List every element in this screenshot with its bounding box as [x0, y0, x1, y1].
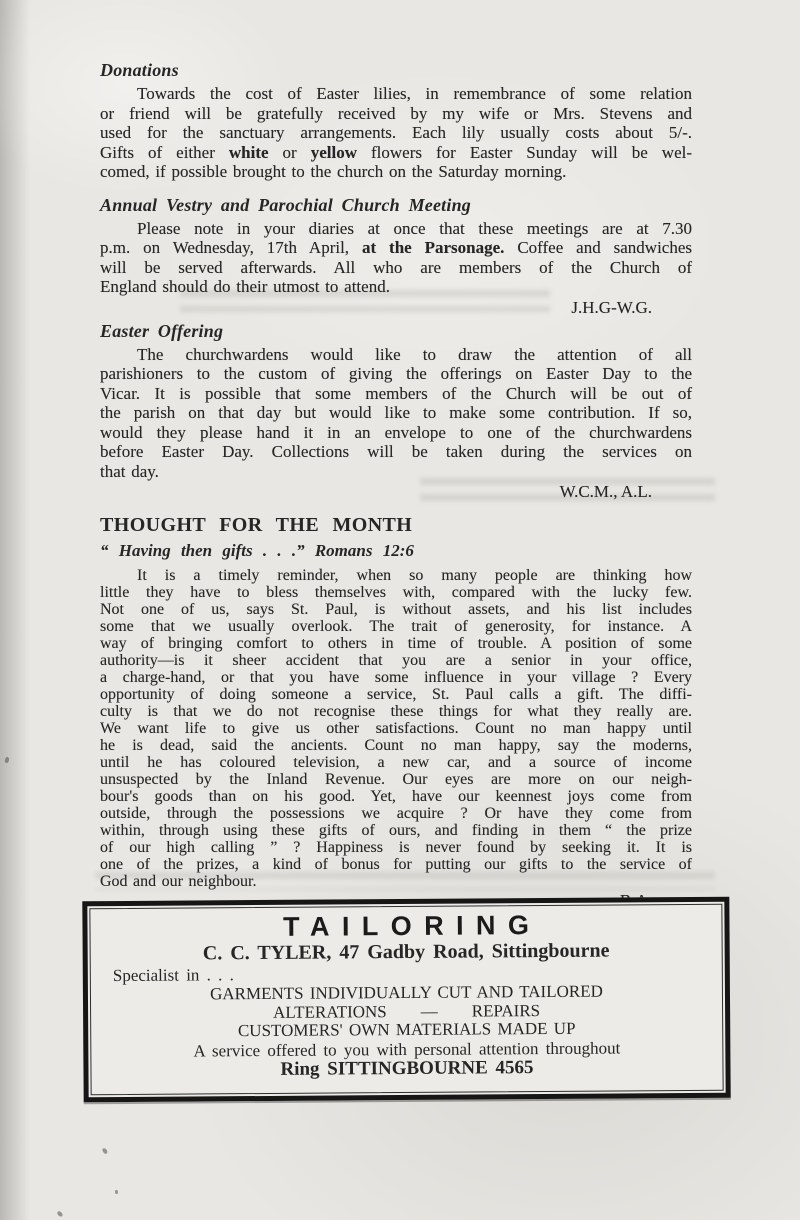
text-run: The churchwardens would like to draw the… — [137, 345, 692, 364]
section-easter-offering: Easter Offering The churchwardens would … — [100, 321, 692, 502]
text-run: authority—is it sheer accident that you … — [100, 652, 692, 669]
text-run: or — [269, 143, 311, 162]
text-line: England should do their utmost to attend… — [100, 277, 692, 297]
text-run: the parish on that day but would like to… — [100, 403, 692, 422]
text-run: little they have to bless themselves wit… — [100, 584, 692, 601]
text-line: God and our neighbour. — [100, 873, 692, 890]
signature-initials: J.H.G-W.G. — [100, 299, 692, 317]
text-line: outside, through the possessions we acqu… — [100, 805, 692, 822]
text-line: comed, if possible brought to the church… — [100, 162, 692, 182]
scan-speck — [115, 1190, 118, 1194]
paragraph-thought-for-the-month: It is a timely reminder, when so many pe… — [100, 567, 692, 890]
advert-title: TAILORING — [271, 911, 542, 941]
advert-tagline: A service offered to you with personal a… — [193, 1038, 620, 1060]
section-heading-donations: Donations — [100, 60, 692, 81]
scan-speck — [56, 1211, 63, 1218]
text-run: unsuspected by the Inland Revenue. Our e… — [100, 771, 692, 788]
text-line: way of bringing comfort to others in tim… — [100, 635, 692, 652]
text-line: one of the prizes, a kind of bonus for p… — [100, 856, 692, 873]
text-line: of our high calling ” ? Happiness is nev… — [100, 839, 692, 856]
text-line: Not one of us, says St. Paul, is without… — [100, 601, 692, 618]
text-line: Towards the cost of Easter lilies, in re… — [100, 84, 692, 104]
bold-text-run: yellow — [311, 143, 357, 162]
text-run: flowers for Easter Sunday will be wel- — [357, 143, 692, 162]
text-run: God and our neighbour. — [100, 873, 256, 890]
text-line: will be served afterwards. All who are m… — [100, 258, 692, 278]
text-run: one of the prizes, a kind of bonus for p… — [100, 856, 692, 873]
section-heading-easter-offering: Easter Offering — [100, 321, 692, 342]
text-run: some that we usually overlook. The trait… — [100, 618, 692, 635]
text-line: Gifts of either white or yellow flowers … — [100, 143, 692, 163]
text-run: would they please hand it in an envelope… — [100, 423, 692, 442]
text-line: bour's goods than on his good. Yet, have… — [100, 788, 692, 805]
text-line: that day. — [100, 462, 692, 482]
text-line: little they have to bless themselves wit… — [100, 584, 692, 601]
paragraph-annual-vestry: Please note in your diaries at once that… — [100, 219, 692, 297]
section-thought-for-the-month: THOUGHT FOR THE MONTH “ Having then gift… — [100, 513, 692, 910]
text-run: used for the sanctuary arrangements. Eac… — [100, 123, 692, 142]
text-line: authority—is it sheer accident that you … — [100, 652, 692, 669]
text-line: culty is that we do not recognise these … — [100, 703, 692, 720]
advert-phone-number: Ring SITTINGBOURNE 4565 — [280, 1058, 533, 1080]
text-run: Towards the cost of Easter lilies, in re… — [137, 84, 692, 103]
text-run: within, through using these gifts of our… — [100, 822, 692, 839]
section-annual-vestry: Annual Vestry and Parochial Church Meeti… — [100, 195, 692, 317]
text-run: Coffee and sandwiches — [504, 238, 692, 257]
text-run: Gifts of either — [100, 143, 229, 162]
text-line: the parish on that day but would like to… — [100, 403, 692, 423]
text-run: comed, if possible brought to the church… — [100, 162, 566, 181]
scanned-parish-magazine-page: Donations Towards the cost of Easter lil… — [0, 0, 800, 1220]
text-line: Please note in your diaries at once that… — [100, 219, 692, 239]
text-run: or friend will be gratefully received by… — [100, 104, 692, 123]
text-line: some that we usually overlook. The trait… — [100, 618, 692, 635]
paragraph-donations: Towards the cost of Easter lilies, in re… — [100, 84, 692, 182]
advert-service-line: GARMENTS INDIVIDUALLY CUT AND TAILORED — [210, 983, 603, 1004]
scripture-quote: “ Having then gifts . . .” Romans 12:6 — [100, 541, 692, 560]
text-run: It is a timely reminder, when so many pe… — [137, 567, 692, 584]
paragraph-easter-offering: The churchwardens would like to draw the… — [100, 345, 692, 482]
text-run: will be served afterwards. All who are m… — [100, 258, 692, 277]
text-run: Not one of us, says St. Paul, is without… — [100, 601, 692, 618]
advert-proprietor-address: C. C. TYLER, 47 Gadby Road, Sittingbourn… — [203, 939, 610, 966]
text-run: Please note in your diaries at once that… — [137, 219, 692, 238]
text-run: of our high calling ” ? Happiness is nev… — [100, 839, 692, 856]
text-line: within, through using these gifts of our… — [100, 822, 692, 839]
text-run: We want life to give us other satisfacti… — [100, 720, 692, 737]
text-line: he is dead, said the ancients. Count no … — [100, 737, 692, 754]
text-line: p.m. on Wednesday, 17th April, at the Pa… — [100, 238, 692, 258]
text-line: until he has coloured television, a new … — [100, 754, 692, 771]
signature-initials: W.C.M., A.L. — [100, 483, 692, 501]
text-run: he is dead, said the ancients. Count no … — [100, 737, 692, 754]
text-run: opportunity of doing someone a service, … — [100, 686, 692, 703]
section-heading-thought-for-the-month: THOUGHT FOR THE MONTH — [100, 513, 692, 537]
text-line: a charge-hand, or that you have some inf… — [100, 669, 692, 686]
text-run: way of bringing comfort to others in tim… — [100, 635, 692, 652]
text-line: or friend will be gratefully received by… — [100, 104, 692, 124]
text-line: parishioners to the custom of giving the… — [100, 364, 692, 384]
text-run: before Easter Day. Collections will be t… — [100, 442, 692, 461]
text-run: culty is that we do not recognise these … — [100, 703, 692, 720]
bold-text-run: at the Parsonage. — [362, 238, 504, 257]
text-line: unsuspected by the Inland Revenue. Our e… — [100, 771, 692, 788]
text-run: outside, through the possessions we acqu… — [100, 805, 692, 822]
section-heading-annual-vestry: Annual Vestry and Parochial Church Meeti… — [100, 195, 692, 216]
scan-speck — [102, 1147, 108, 1154]
text-run: parishioners to the custom of giving the… — [100, 364, 692, 383]
text-line: opportunity of doing someone a service, … — [100, 686, 692, 703]
bold-text-run: white — [229, 143, 269, 162]
text-line: We want life to give us other satisfacti… — [100, 720, 692, 737]
advert-specialist-label: Specialist in . . . — [113, 965, 234, 986]
text-run: bour's goods than on his good. Yet, have… — [100, 788, 692, 805]
tailoring-advert-box: TAILORING C. C. TYLER, 47 Gadby Road, Si… — [82, 897, 730, 1103]
text-run: Vicar. It is possible that some members … — [100, 384, 692, 403]
tailoring-advert-inner-border: TAILORING C. C. TYLER, 47 Gadby Road, Si… — [89, 904, 723, 1095]
text-column: Donations Towards the cost of Easter lil… — [100, 0, 692, 910]
text-run: that day. — [100, 462, 159, 481]
text-run: England should do their utmost to attend… — [100, 277, 390, 296]
text-line: would they please hand it in an envelope… — [100, 423, 692, 443]
text-line: It is a timely reminder, when so many pe… — [100, 567, 692, 584]
text-run: p.m. on Wednesday, 17th April, — [100, 238, 362, 257]
text-line: Vicar. It is possible that some members … — [100, 384, 692, 404]
advert-service-line: CUSTOMERS' OWN MATERIALS MADE UP — [238, 1020, 576, 1041]
text-run: until he has coloured television, a new … — [100, 754, 692, 771]
text-line: before Easter Day. Collections will be t… — [100, 442, 692, 462]
text-line: used for the sanctuary arrangements. Eac… — [100, 123, 692, 143]
text-run: a charge-hand, or that you have some inf… — [100, 669, 692, 686]
section-donations: Donations Towards the cost of Easter lil… — [100, 60, 692, 182]
text-line: The churchwardens would like to draw the… — [100, 345, 692, 365]
